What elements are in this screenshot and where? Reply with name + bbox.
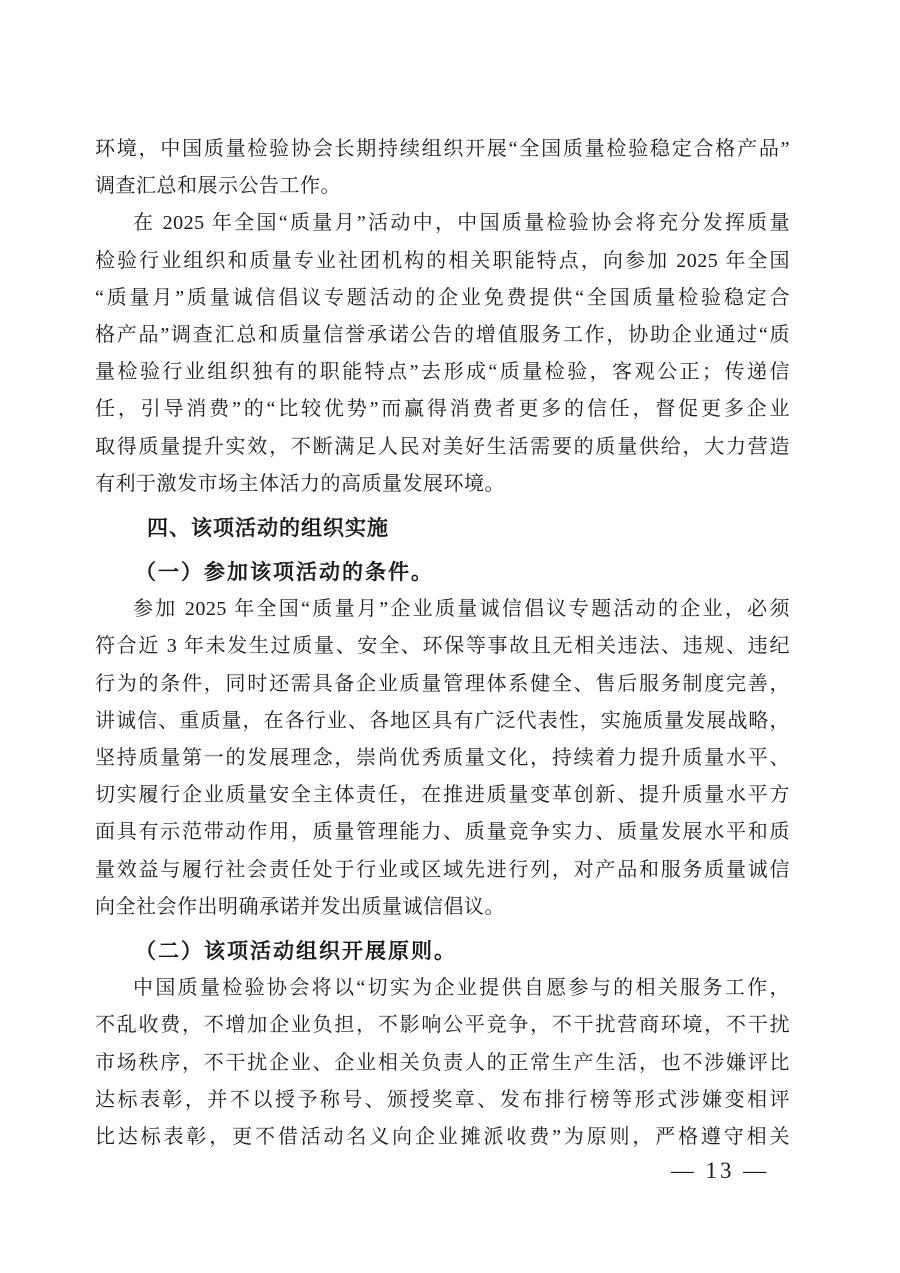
section-heading: 四、该项活动的组织实施: [95, 510, 790, 547]
text-line: 不乱收费，不增加企业负担，不影响公平竞争，不干扰营商环境，不干扰: [95, 1007, 790, 1044]
text-line: 面具有示范带动作用，质量管理能力、质量竞争实力、质量发展水平和质: [95, 814, 790, 851]
text-line: 坚持质量第一的发展理念，崇尚优秀质量文化，持续着力提升质量水平、: [95, 740, 790, 777]
text-line: 行为的条件，同时还需具备企业质量管理体系健全、售后服务制度完善，: [95, 666, 790, 703]
text-line: 调查汇总和展示公告工作。: [95, 168, 790, 205]
text-line: 量检验行业组织独有的职能特点”去形成“质量检验，客观公正；传递信: [95, 354, 790, 391]
text-line: 量效益与履行社会责任处于行业或区域先进行列，对产品和服务质量诚信: [95, 852, 790, 889]
text-line: “质量月”质量诚信倡议专题活动的企业免费提供“全国质量检验稳定合: [95, 280, 790, 317]
text-line: 环境，中国质量检验协会长期持续组织开展“全国质量检验稳定合格产品”: [95, 131, 790, 168]
text-line: 检验行业组织和质量专业社团机构的相关职能特点，向参加 2025 年全国: [95, 243, 790, 280]
subsection-heading: （一）参加该项活动的条件。: [95, 554, 790, 591]
text-line: 任，引导消费”的“比较优势”而赢得消费者更多的信任，督促更多企业: [95, 391, 790, 428]
text-line: 达标表彰，并不以授予称号、颁授奖章、发布排行榜等形式涉嫌变相评: [95, 1082, 790, 1119]
text-line: 市场秩序，不干扰企业、企业相关负责人的正常生产生活，也不涉嫌评比: [95, 1045, 790, 1082]
text-line: 取得质量提升实效，不断满足人民对美好生活需要的质量供给，大力营造: [95, 429, 790, 466]
document-body: 环境，中国质量检验协会长期持续组织开展“全国质量检验稳定合格产品” 调查汇总和展…: [95, 131, 790, 1156]
text-line: 格产品”调查汇总和质量信誉承诺公告的增值服务工作，协助企业通过“质: [95, 317, 790, 354]
text-line: 讲诚信、重质量，在各行业、各地区具有广泛代表性，实施质量发展战略，: [95, 703, 790, 740]
text-line: 有利于激发市场主体活力的高质量发展环境。: [95, 466, 790, 503]
text-line: 中国质量检验协会将以“切实为企业提供自愿参与的相关服务工作，: [95, 970, 790, 1007]
text-line: 比达标表彰，更不借活动名义向企业摊派收费”为原则，严格遵守相关: [95, 1119, 790, 1156]
text-line: 向全社会作出明确承诺并发出质量诚信倡议。: [95, 889, 790, 926]
text-line: 参加 2025 年全国“质量月”企业质量诚信倡议专题活动的企业，必须: [95, 591, 790, 628]
document-page: 环境，中国质量检验协会长期持续组织开展“全国质量检验稳定合格产品” 调查汇总和展…: [0, 0, 900, 1273]
text-line: 切实履行企业质量安全主体责任，在推进质量变革创新、提升质量水平方: [95, 777, 790, 814]
text-line: 在 2025 年全国“质量月”活动中，中国质量检验协会将充分发挥质量: [95, 205, 790, 242]
page-number: — 13 —: [640, 1158, 800, 1184]
subsection-heading: （二）该项活动组织开展原则。: [95, 933, 790, 970]
text-line: 符合近 3 年未发生过质量、安全、环保等事故且无相关违法、违规、违纪: [95, 628, 790, 665]
